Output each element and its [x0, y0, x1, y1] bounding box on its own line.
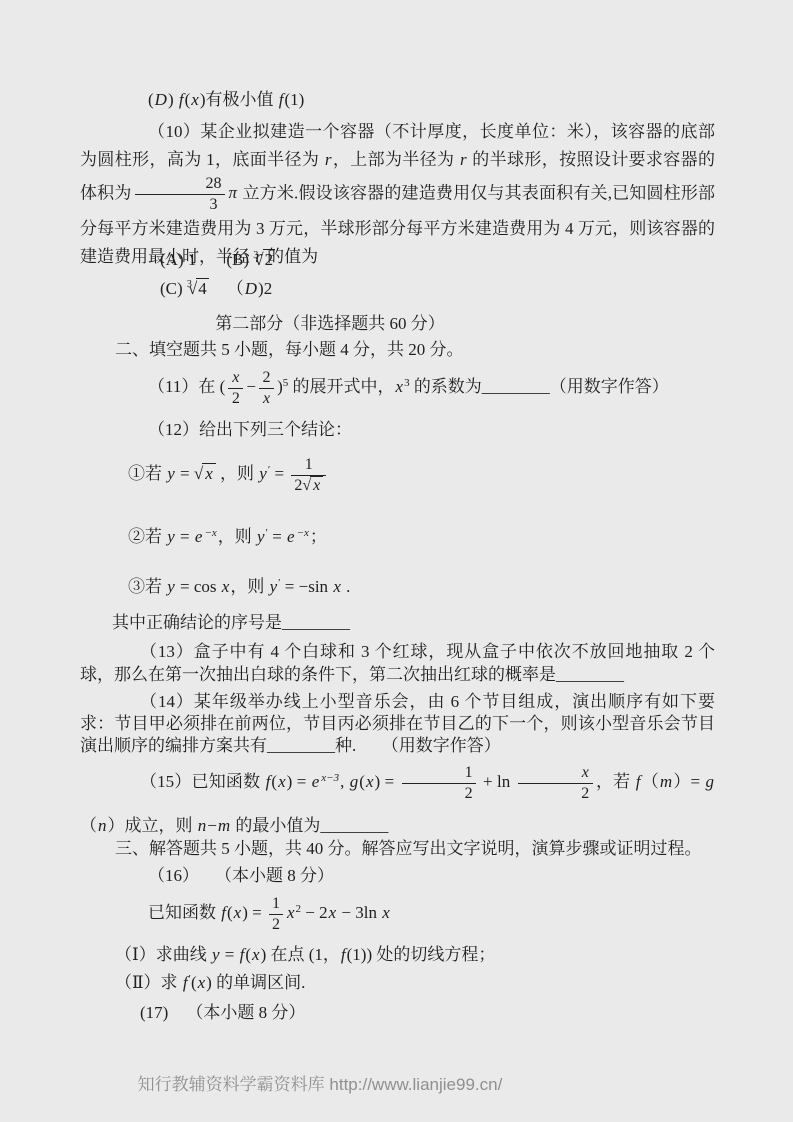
exam-document-page: (D) f(x)有极小值 f(1)（10）某企业拟建造一个容器（不计厚度，长度单…: [0, 0, 793, 1122]
question-13-paragraph: （13）盒子中有 4 个白球和 3 个红球，现从盒子中依次不放回地抽取 2 个球…: [80, 640, 715, 686]
conclusion-2-line: ②若 y = e−x，则 y′ = e−x；: [128, 525, 327, 549]
conclusion-1-line: ①若 y = √x ，则 y′ = 12√x: [128, 452, 329, 496]
question-11-line: （11）在 (x2−2x)5 的展开式中，x3 的系数为________（用数字…: [148, 366, 669, 409]
question-16-part-2-line: （Ⅱ）求 f′(x) 的单调区间.: [115, 971, 305, 995]
question-10-options-row-2: (C) 3√4（D)2: [160, 275, 272, 303]
question-15-paragraph: （15）已知函数 f(x) = ex−3, g(x) = 12 + ln x2，…: [80, 760, 715, 848]
question-16-part-1-line: （Ⅰ）求曲线 y = f(x) 在点 (1，f(1)) 处的切线方程；: [115, 943, 495, 967]
footer-watermark: 知行教辅资料学霸资料库 http://www.lianjie99.cn/: [0, 1070, 640, 1095]
question-10-options-row-1: (A) 1(B) 3√2: [160, 246, 275, 274]
conclusion-3-line: ③若 y = cos x，则 y′ = −sin x .: [128, 575, 350, 599]
question-16-heading: （16）（本小题 8 分）: [148, 864, 334, 888]
part-two-heading: 第二部分（非选择题共 60 分）: [0, 312, 660, 336]
question-14-paragraph: （14）某年级举办线上小型音乐会，由 6 个节目组成，演出顺序有如下要求：节目甲…: [80, 691, 715, 757]
section-two-heading: 二、填空题共 5 小题，每小题 4 分，共 20 分。: [115, 338, 464, 362]
section-three-heading: 三、解答题共 5 小题，共 40 分。解答应写出文字说明，演算步骤或证明过程。: [115, 837, 702, 861]
question-16-function-line: 已知函数 f(x) = 12x2 − 2x − 3ln x: [148, 892, 391, 935]
question-12-answer-blank-line: 其中正确结论的序号是________: [112, 611, 350, 635]
question-17-heading: (17)（本小题 8 分）: [140, 1001, 305, 1025]
question-12-line: （12）给出下列三个结论：: [148, 418, 352, 442]
option-d-f1-line: (D) f(x)有极小值 f(1): [148, 88, 304, 112]
